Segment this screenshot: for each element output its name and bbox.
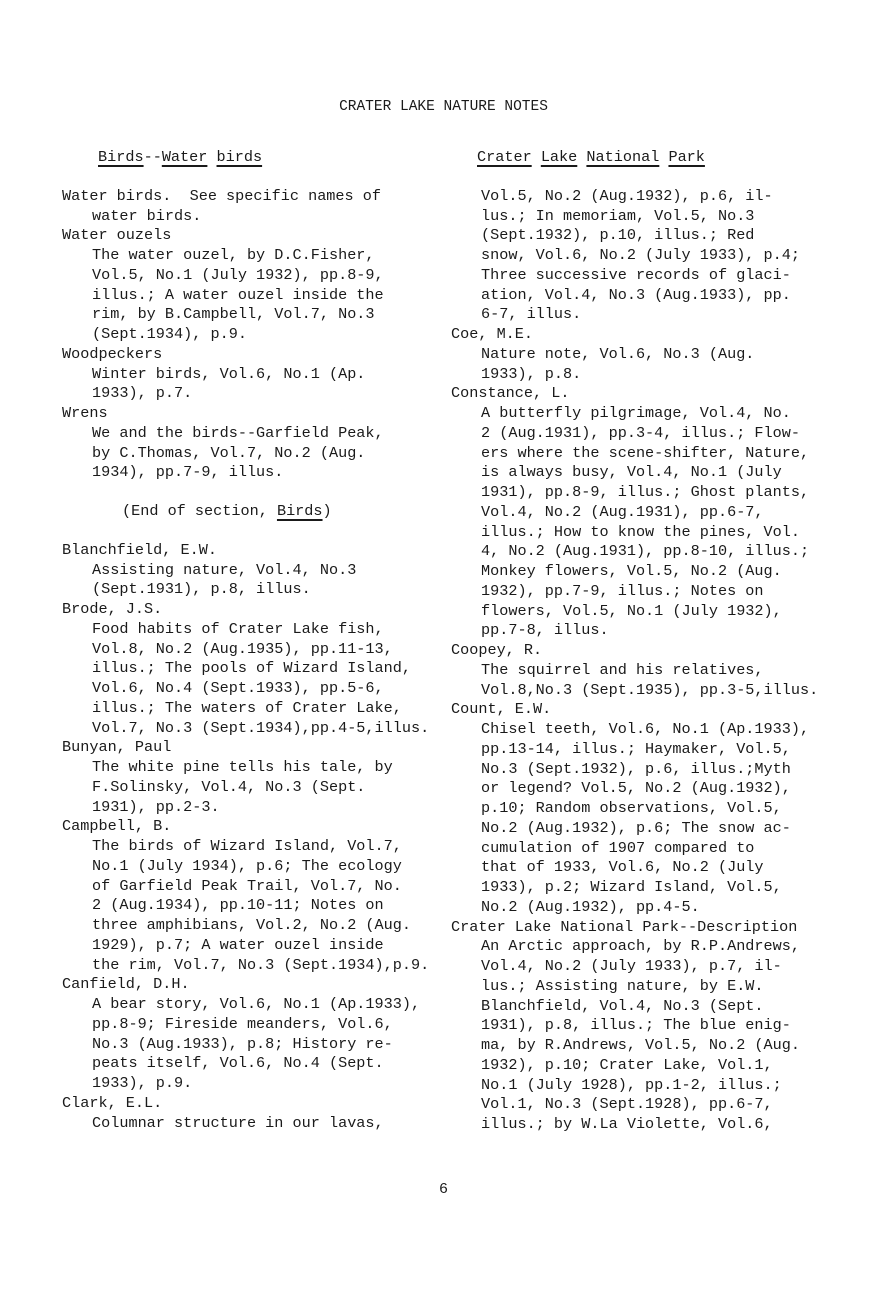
entry-citation-line: is always busy, Vol.4, No.1 (July [451, 463, 871, 483]
entry-citation-line: (Sept.1932), p.10, illus.; Red [451, 226, 871, 246]
entry-citation-line: A bear story, Vol.6, No.1 (Ap.1933), [62, 995, 442, 1015]
entry-heading-line: Count, E.W. [451, 700, 871, 720]
entry-citation-line: 1932), pp.7-9, illus.; Notes on [451, 582, 871, 602]
entry-heading-line: Water ouzels [62, 226, 442, 246]
entry-heading-line: Constance, L. [451, 384, 871, 404]
entry-citation-line: Vol.5, No.1 (July 1932), pp.8-9, [62, 266, 442, 286]
entry-citation-line: lus.; Assisting nature, by E.W. [451, 977, 871, 997]
entry-citation-line: No.1 (July 1934), p.6; The ecology [62, 857, 442, 877]
entry-citation-line: of Garfield Peak Trail, Vol.7, No. [62, 877, 442, 897]
entry-citation-line: No.2 (Aug.1932), p.6; The snow ac- [451, 819, 871, 839]
end-note-suffix: ) [323, 502, 332, 520]
entry-citation-line: 6-7, illus. [451, 305, 871, 325]
entry-heading-line: Coe, M.E. [451, 325, 871, 345]
entry-heading-line: Clark, E.L. [62, 1094, 442, 1114]
heading-word: Crater [477, 148, 532, 166]
entry-citation-line: (Sept.1934), p.9. [62, 325, 442, 345]
entry-citation-line: Monkey flowers, Vol.5, No.2 (Aug. [451, 562, 871, 582]
entry-list: Vol.5, No.2 (Aug.1932), p.6, il-lus.; In… [451, 187, 871, 1135]
entry-citation-line: 1934), pp.7-9, illus. [62, 463, 442, 483]
entry-citation-line: 1931), pp.2-3. [62, 798, 442, 818]
entry-citation-line: flowers, Vol.5, No.1 (July 1932), [451, 602, 871, 622]
entry-citation-line: Vol.5, No.2 (Aug.1932), p.6, il- [451, 187, 871, 207]
heading-word: birds [217, 148, 263, 166]
entry-citation-line: Winter birds, Vol.6, No.1 (Ap. [62, 365, 442, 385]
entry-citation-line: Vol.4, No.2 (Aug.1931), pp.6-7, [451, 503, 871, 523]
heading-word: National [586, 148, 659, 166]
entry-citation-line: 1933), p.9. [62, 1074, 442, 1094]
entry-citation-line: illus.; The pools of Wizard Island, [62, 659, 442, 679]
entry-citation-line: lus.; In memoriam, Vol.5, No.3 [451, 207, 871, 227]
entry-citation-line: The squirrel and his relatives, [451, 661, 871, 681]
end-of-section-note: (End of section, Birds) [62, 502, 442, 522]
end-note-link-birds: Birds [277, 502, 323, 520]
entry-citation-line: No.1 (July 1928), pp.1-2, illus.; [451, 1076, 871, 1096]
section-heading-crater-lake-national-park: Crater Lake National Park [451, 148, 871, 168]
entry-heading-line: Brode, J.S. [62, 600, 442, 620]
entry-citation-line: 1932), p.10; Crater Lake, Vol.1, [451, 1056, 871, 1076]
heading-word: Water [162, 148, 208, 166]
heading-word: Park [668, 148, 704, 166]
end-note-prefix: (End of section, [122, 502, 277, 520]
entry-citation-line: or legend? Vol.5, No.2 (Aug.1932), [451, 779, 871, 799]
entry-citation-line: The white pine tells his tale, by [62, 758, 442, 778]
entry-heading-line: Bunyan, Paul [62, 738, 442, 758]
entry-citation-line: Three successive records of glaci- [451, 266, 871, 286]
entry-citation-line: No.3 (Aug.1933), p.8; History re- [62, 1035, 442, 1055]
entry-citation-line: (Sept.1931), p.8, illus. [62, 580, 442, 600]
entry-heading-line: Campbell, B. [62, 817, 442, 837]
entry-citation-line: Nature note, Vol.6, No.3 (Aug. [451, 345, 871, 365]
entry-citation-line: 1931), pp.8-9, illus.; Ghost plants, [451, 483, 871, 503]
heading-space [207, 148, 216, 166]
entry-citation-line: Vol.7, No.3 (Sept.1934),pp.4-5,illus. [62, 719, 442, 739]
entry-citation-line: An Arctic approach, by R.P.Andrews, [451, 937, 871, 957]
entry-citation-line: three amphibians, Vol.2, No.2 (Aug. [62, 916, 442, 936]
entry-citation-line: ers where the scene-shifter, Nature, [451, 444, 871, 464]
entry-citation-line: 2 (Aug.1931), pp.3-4, illus.; Flow- [451, 424, 871, 444]
entry-citation-line: the rim, Vol.7, No.3 (Sept.1934),p.9. [62, 956, 442, 976]
heading-word: Lake [541, 148, 577, 166]
entry-citation-line: Assisting nature, Vol.4, No.3 [62, 561, 442, 581]
entry-citation-line: 1929), p.7; A water ouzel inside [62, 936, 442, 956]
entry-citation-line: that of 1933, Vol.6, No.2 (July [451, 858, 871, 878]
entry-citation-line: by C.Thomas, Vol.7, No.2 (Aug. [62, 444, 442, 464]
entry-citation-line: 1933), p.2; Wizard Island, Vol.5, [451, 878, 871, 898]
entry-citation-line: peats itself, Vol.6, No.4 (Sept. [62, 1054, 442, 1074]
entry-citation-line: F.Solinsky, Vol.4, No.3 (Sept. [62, 778, 442, 798]
entry-citation-line: 4, No.2 (Aug.1931), pp.8-10, illus.; [451, 542, 871, 562]
entry-citation-line: pp.7-8, illus. [451, 621, 871, 641]
entry-citation-line: Vol.4, No.2 (July 1933), p.7, il- [451, 957, 871, 977]
entry-citation-line: Food habits of Crater Lake fish, [62, 620, 442, 640]
entry-citation-line: illus.; The waters of Crater Lake, [62, 699, 442, 719]
entry-citation-line: illus.; How to know the pines, Vol. [451, 523, 871, 543]
entry-citation-line: 2 (Aug.1934), pp.10-11; Notes on [62, 896, 442, 916]
entry-heading-line: Blanchfield, E.W. [62, 541, 442, 561]
entry-citation-line: Vol.8,No.3 (Sept.1935), pp.3-5,illus. [451, 681, 871, 701]
entry-citation-line: A butterfly pilgrimage, Vol.4, No. [451, 404, 871, 424]
entry-citation-line: Vol.1, No.3 (Sept.1928), pp.6-7, [451, 1095, 871, 1115]
page-number: 6 [0, 1181, 887, 1198]
entry-citation-line: 1933), p.7. [62, 384, 442, 404]
entry-citation-line: The water ouzel, by D.C.Fisher, [62, 246, 442, 266]
entry-citation-line: The birds of Wizard Island, Vol.7, [62, 837, 442, 857]
entry-citation-line: ation, Vol.4, No.3 (Aug.1933), pp. [451, 286, 871, 306]
entry-citation-line: Chisel teeth, Vol.6, No.1 (Ap.1933), [451, 720, 871, 740]
entry-citation-line: water birds. [62, 207, 442, 227]
entry-citation-line: No.3 (Sept.1932), p.6, illus.;Myth [451, 760, 871, 780]
entry-citation-line: illus.; A water ouzel inside the [62, 286, 442, 306]
entry-citation-line: 1931), p.8, illus.; The blue enig- [451, 1016, 871, 1036]
entry-citation-line: We and the birds--Garfield Peak, [62, 424, 442, 444]
entry-citation-line: 1933), p.8. [451, 365, 871, 385]
heading-space [532, 148, 541, 166]
entry-citation-line: p.10; Random observations, Vol.5, [451, 799, 871, 819]
left-column: Birds--Water birds Water birds. See spec… [62, 148, 442, 1133]
entry-heading-line: Woodpeckers [62, 345, 442, 365]
entry-citation-line: No.2 (Aug.1932), pp.4-5. [451, 898, 871, 918]
entry-citation-line: illus.; by W.La Violette, Vol.6, [451, 1115, 871, 1135]
entry-citation-line: Vol.8, No.2 (Aug.1935), pp.11-13, [62, 640, 442, 660]
entry-citation-line: cumulation of 1907 compared to [451, 839, 871, 859]
entry-list: Water birds. See specific names ofwater … [62, 187, 442, 483]
entry-citation-line: Vol.6, No.4 (Sept.1933), pp.5-6, [62, 679, 442, 699]
heading-word: Birds [98, 148, 144, 166]
entry-heading-line: Canfield, D.H. [62, 975, 442, 995]
entry-citation-line: ma, by R.Andrews, Vol.5, No.2 (Aug. [451, 1036, 871, 1056]
entry-citation-line: pp.13-14, illus.; Haymaker, Vol.5, [451, 740, 871, 760]
entry-citation-line: pp.8-9; Fireside meanders, Vol.6, [62, 1015, 442, 1035]
entry-heading-line: Coopey, R. [451, 641, 871, 661]
heading-sep: -- [144, 148, 162, 166]
right-column: Crater Lake National Park Vol.5, No.2 (A… [451, 148, 871, 1135]
entry-heading-line: Crater Lake National Park--Description [451, 918, 871, 938]
entry-citation-line: Blanchfield, Vol.4, No.3 (Sept. [451, 997, 871, 1017]
entry-citation-line: Columnar structure in our lavas, [62, 1114, 442, 1134]
entry-heading-line: Wrens [62, 404, 442, 424]
entry-citation-line: rim, by B.Campbell, Vol.7, No.3 [62, 305, 442, 325]
page-header: CRATER LAKE NATURE NOTES [0, 99, 887, 115]
section-heading-birds-water-birds: Birds--Water birds [62, 148, 442, 168]
entry-heading-line: Water birds. See specific names of [62, 187, 442, 207]
entry-citation-line: snow, Vol.6, No.2 (July 1933), p.4; [451, 246, 871, 266]
entry-list: Blanchfield, E.W.Assisting nature, Vol.4… [62, 541, 442, 1134]
